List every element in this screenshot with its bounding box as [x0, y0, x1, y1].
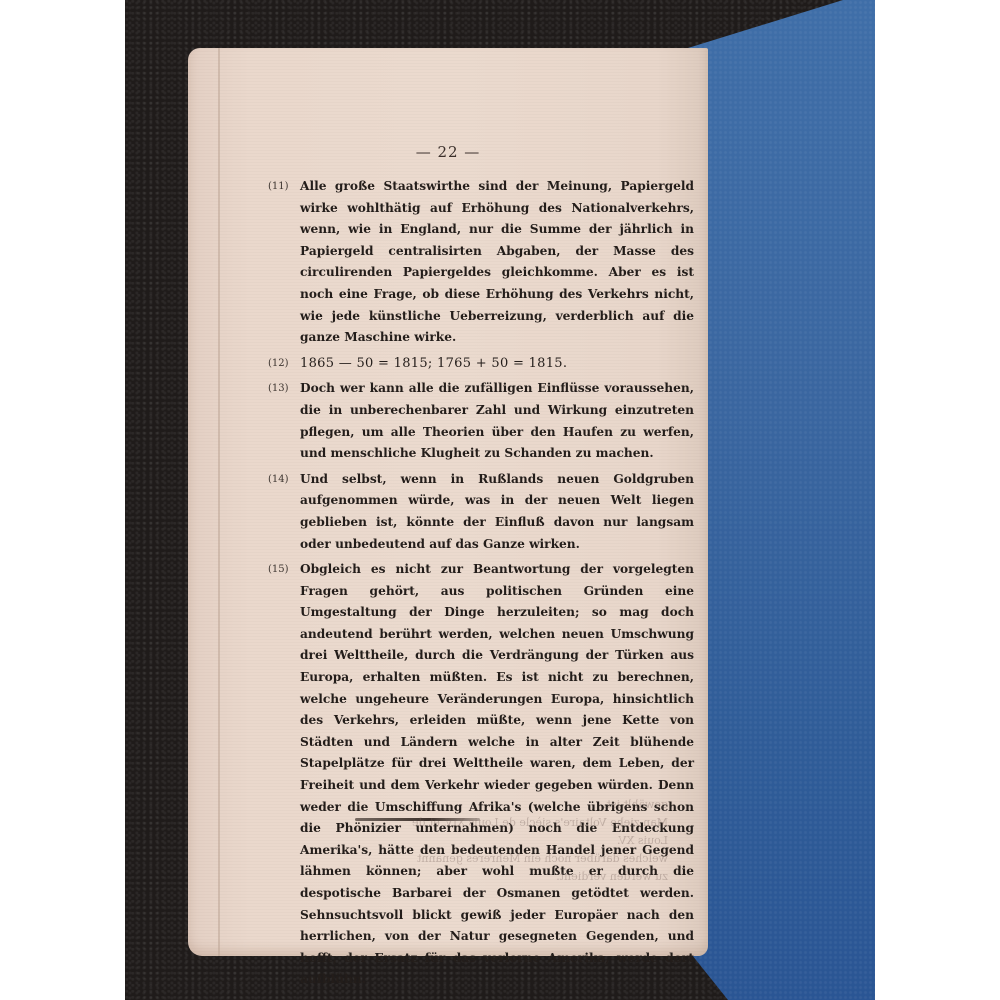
- footnote-marker: (13): [268, 378, 289, 400]
- footnote-text: Doch wer kann alle die zufälligen Einflü…: [300, 378, 694, 464]
- footnote-equation: 1865 — 50 = 1815; 1765 + 50 = 1815.: [300, 353, 694, 375]
- footnote-marker: (14): [268, 469, 289, 491]
- footnote-marker: (12): [268, 353, 289, 375]
- bleed-through-text: gewählt ist. Man ziehe Voltaire's siècle…: [408, 796, 668, 886]
- footnote-13: (13) Doch wer kann alle die zufälligen E…: [300, 378, 694, 464]
- bleed-line: Man ziehe Voltaire's siècle de Louis XIV…: [408, 814, 668, 850]
- footnote-11: (11) Alle große Staatswirthe sind der Me…: [300, 176, 694, 349]
- page-number: — 22 —: [188, 143, 708, 161]
- footnote-text: Obgleich es nicht zur Beantwortung der v…: [300, 559, 694, 991]
- bleed-line: gewählt ist.: [408, 796, 668, 814]
- footnote-15: (15) Obgleich es nicht zur Beantwortung …: [300, 559, 694, 991]
- footnote-marker: (15): [268, 559, 289, 581]
- blue-book-cover: [688, 0, 875, 1000]
- footnote-marker: (11): [268, 176, 289, 198]
- book-page: — 22 — (11) Alle große Staatswirthe sind…: [188, 48, 708, 956]
- footnote-text: Und selbst, wenn in Rußlands neuen Goldg…: [300, 469, 694, 555]
- footnote-12: (12) 1865 — 50 = 1815; 1765 + 50 = 1815.: [300, 353, 694, 375]
- page-fold-line: [218, 48, 220, 956]
- bleed-line: welches darüber noch ein Mehreres genann…: [408, 850, 668, 886]
- photograph-background: — 22 — (11) Alle große Staatswirthe sind…: [125, 0, 875, 1000]
- footnote-14: (14) Und selbst, wenn in Rußlands neuen …: [300, 469, 694, 555]
- footnote-text: Alle große Staatswirthe sind der Meinung…: [300, 176, 694, 349]
